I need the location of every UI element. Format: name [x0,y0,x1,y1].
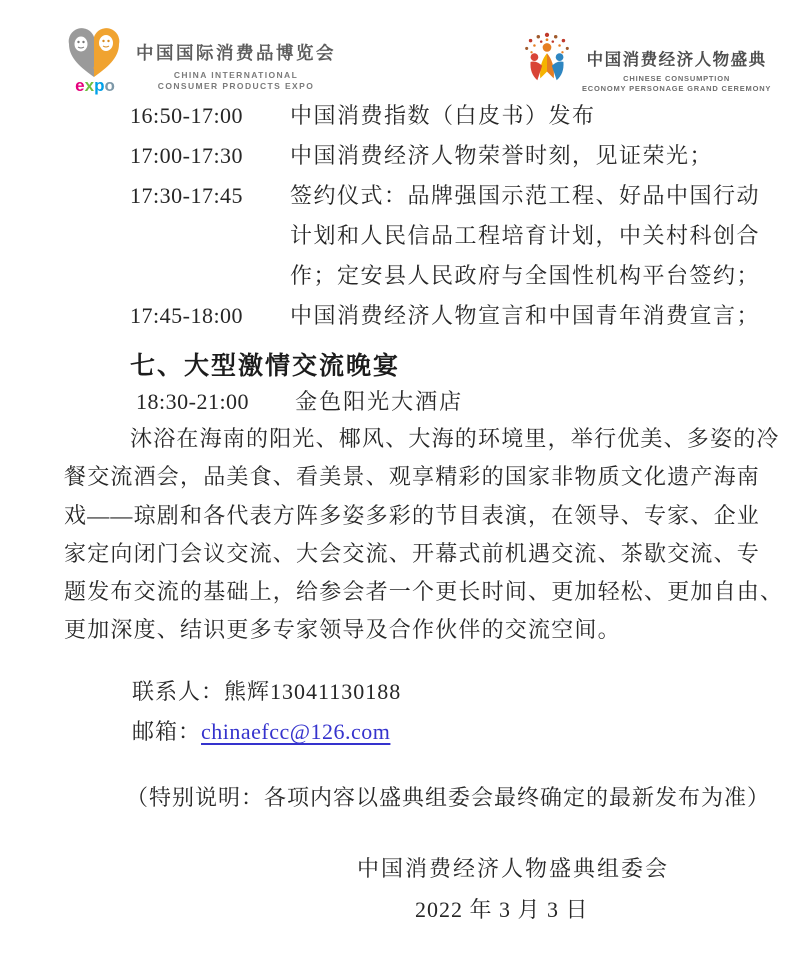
ceremony-logo: 中国消费经济人物盛典 CHINESE CONSUMPTION ECONOMY P… [518,28,771,94]
email-link[interactable]: chinaefcc@126.com [201,719,390,744]
document-page: expo 中国国际消费品博览会 CHINA INTERNATIONAL CONS… [0,0,800,972]
contact-email-label: 邮箱： [132,719,201,744]
schedule-desc-line: 中国消费指数（白皮书）发布 [290,96,596,136]
paragraph-line: 题发布交流的基础上，给参会者一个更长时间、更加轻松、更加自由、 [64,573,754,611]
expo-logo-text: 中国国际消费品博览会 CHINA INTERNATIONAL CONSUMER … [136,40,336,94]
venue-time: 18:30-21:00 [136,382,249,422]
expo-logo-subtitle-2: CONSUMER PRODUCTS EXPO [136,81,336,92]
schedule-row: 17:45-18:00 中国消费经济人物宣言和中国青年消费宣言； [130,296,760,336]
schedule-desc-line: 中国消费经济人物宣言和中国青年消费宣言； [290,296,760,336]
expo-wordmark: expo [75,78,115,94]
schedule-list: 16:50-17:00 中国消费指数（白皮书）发布 17:00-17:30 中国… [130,96,760,336]
paragraph-line: 更加深度、结识更多专家领导及合作伙伴的交流空间。 [64,611,754,649]
expo-globe-o-icon: o [104,76,114,95]
paragraph-line: 戏——琼剧和各代表方阵多姿多彩的节目表演，在领导、专家、企业 [64,497,754,535]
venue-name: 金色阳光大酒店 [295,382,463,422]
schedule-time: 17:00-17:30 [130,136,290,176]
schedule-time: 17:30-17:45 [130,176,290,216]
expo-logo-title: 中国国际消费品博览会 [136,40,336,65]
panda-heart-icon [64,28,126,80]
paragraph-line: 餐交流酒会，品美食、看美景、观享精彩的国家非物质文化遗产海南 [64,458,754,496]
schedule-row: 17:00-17:30 中国消费经济人物荣誉时刻，见证荣光； [130,136,760,176]
section-paragraph: 沐浴在海南的阳光、椰风、大海的环境里，举行优美、多姿的冷 餐交流酒会，品美食、看… [64,420,754,650]
expo-logo-subtitle-1: CHINA INTERNATIONAL [136,70,336,81]
expo-letter-x: x [85,76,94,95]
expo-logo-icon-block: expo [64,28,126,94]
expo-letter-e: e [75,76,84,95]
ceremony-logo-icon-block [518,28,576,94]
expo-letter-p: p [94,76,104,95]
firework-figures-icon [518,28,576,92]
section-heading: 七、大型激情交流晚宴 [130,346,400,382]
special-note: （特别说明：各项内容以盛典组委会最终确定的最新发布为准） [126,778,770,818]
ceremony-logo-title: 中国消费经济人物盛典 [582,46,771,70]
schedule-row: 16:50-17:00 中国消费指数（白皮书）发布 [130,96,760,136]
contact-person-value: 熊辉13041130188 [224,679,401,704]
schedule-desc-line: 中国消费经济人物荣誉时刻，见证荣光； [290,136,713,176]
venue-row: 18:30-21:00 金色阳光大酒店 [136,382,463,422]
schedule-desc: 中国消费指数（白皮书）发布 [290,96,596,136]
paragraph-line: 家定向闭门会议交流、大会交流、开幕式前机遇交流、茶歇交流、专 [64,535,754,573]
ceremony-logo-subtitle-1: CHINESE CONSUMPTION [582,74,771,84]
footer-organizer: 中国消费经济人物盛典组委会 [357,849,669,889]
schedule-desc: 中国消费经济人物宣言和中国青年消费宣言； [290,296,760,336]
contact-email-row: 邮箱：chinaefcc@126.com [132,712,401,752]
ceremony-logo-subtitle-2: ECONOMY PERSONAGE GRAND CEREMONY [582,84,771,94]
contact-person-row: 联系人：熊辉13041130188 [132,672,401,712]
paragraph-line: 沐浴在海南的阳光、椰风、大海的环境里，举行优美、多姿的冷 [64,420,754,458]
footer-date: 2022 年 3 月 3 日 [415,890,589,930]
expo-logo: expo 中国国际消费品博览会 CHINA INTERNATIONAL CONS… [64,28,336,94]
schedule-desc-line: 作；定安县人民政府与全国性机构平台签约； [290,256,760,296]
schedule-time: 16:50-17:00 [130,96,290,136]
contact-person-label: 联系人： [132,679,224,704]
schedule-desc: 中国消费经济人物荣誉时刻，见证荣光； [290,136,713,176]
schedule-desc: 签约仪式：品牌强国示范工程、好品中国行动 计划和人民信品工程培育计划，中关村科创… [290,176,760,296]
contact-block: 联系人：熊辉13041130188 邮箱：chinaefcc@126.com [132,672,401,752]
schedule-row: 17:30-17:45 签约仪式：品牌强国示范工程、好品中国行动 计划和人民信品… [130,176,760,296]
schedule-time: 17:45-18:00 [130,296,290,336]
schedule-desc-line: 计划和人民信品工程培育计划，中关村科创合 [290,216,760,256]
schedule-desc-line: 签约仪式：品牌强国示范工程、好品中国行动 [290,176,760,216]
ceremony-logo-text: 中国消费经济人物盛典 CHINESE CONSUMPTION ECONOMY P… [582,46,771,94]
